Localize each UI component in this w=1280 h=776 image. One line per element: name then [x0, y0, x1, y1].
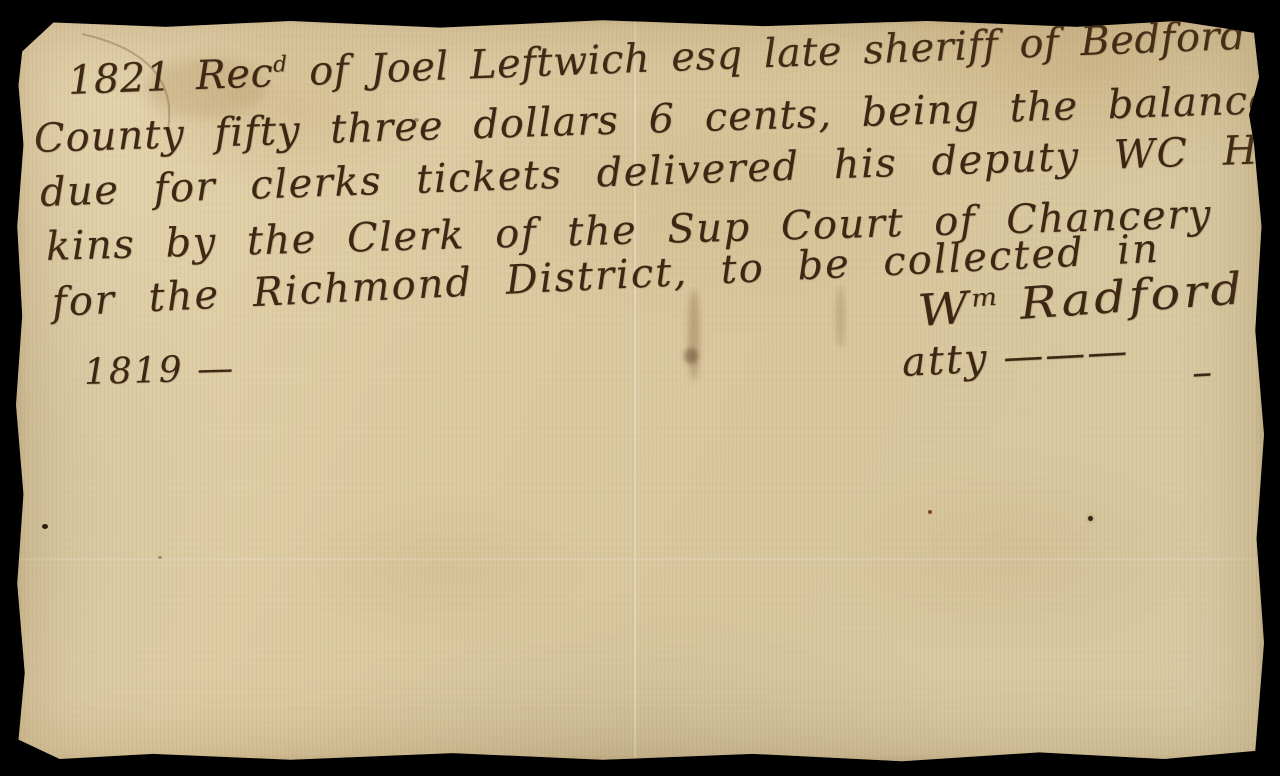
paper-sheet: 1821Recd of Joel Leftwich esq late sheri…: [16, 18, 1264, 762]
scanner-background: 1821Recd of Joel Leftwich esq late sheri…: [0, 0, 1280, 776]
edge-vignette-overlay: [16, 18, 1264, 762]
